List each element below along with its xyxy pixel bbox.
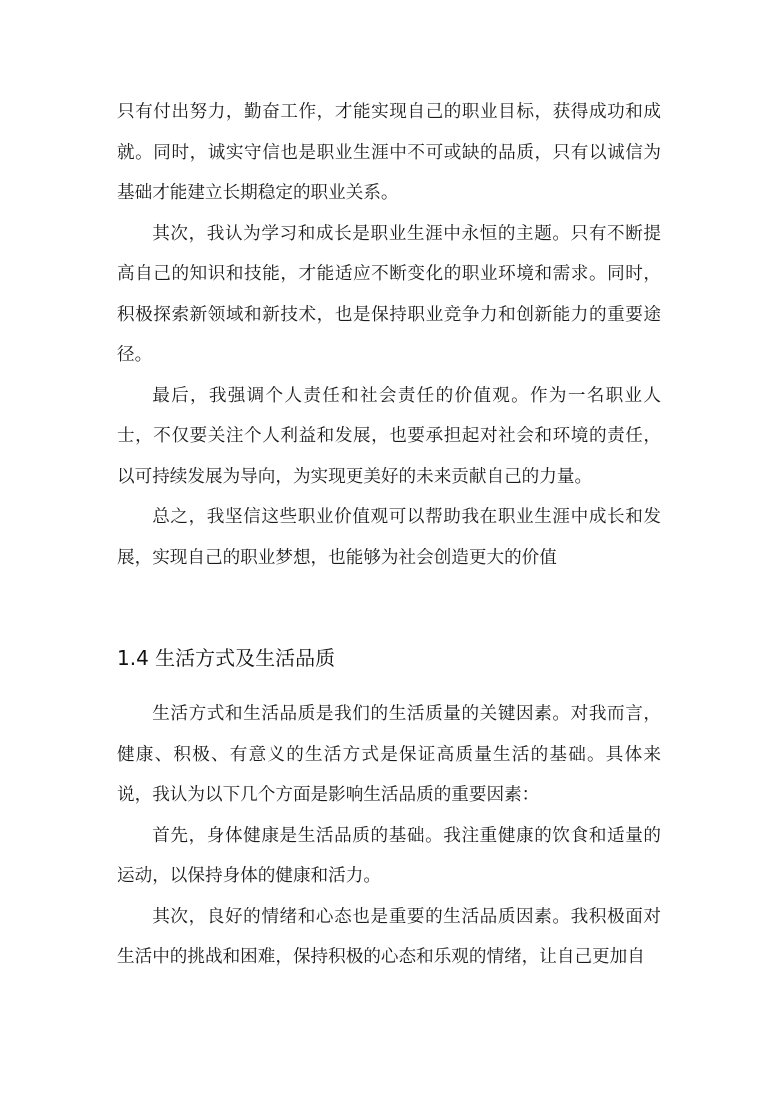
paragraph-continuation: 只有付出努力，勤奋工作，才能实现自己的职业目标，获得成功和成就。同时，诚实守信也…: [117, 92, 661, 214]
paragraph-lifestyle-intro: 生活方式和生活品质是我们的生活质量的关键因素。对我而言，健康、积极、有意义的生活…: [117, 694, 661, 816]
paragraph-conclusion: 总之，我坚信这些职业价值观可以帮助我在职业生涯中成长和发展，实现自己的职业梦想，…: [117, 497, 661, 578]
spacer: [117, 578, 661, 638]
paragraph-learning-growth: 其次，我认为学习和成长是职业生涯中永恒的主题。只有不断提高自己的知识和技能，才能…: [117, 214, 661, 376]
spacer: [117, 678, 661, 694]
section-heading: 1.4 生活方式及生活品质: [117, 638, 661, 678]
paragraph-emotional-health: 其次，良好的情绪和心态也是重要的生活品质因素。我积极面对生活中的挑战和困难，保持…: [117, 897, 661, 978]
paragraph-responsibility: 最后，我强调个人责任和社会责任的价值观。作为一名职业人士，不仅要关注个人利益和发…: [117, 376, 661, 498]
paragraph-physical-health: 首先，身体健康是生活品质的基础。我注重健康的饮食和适量的运动，以保持身体的健康和…: [117, 816, 661, 897]
document-page: 只有付出努力，勤奋工作，才能实现自己的职业目标，获得成功和成就。同时，诚实守信也…: [117, 92, 661, 978]
